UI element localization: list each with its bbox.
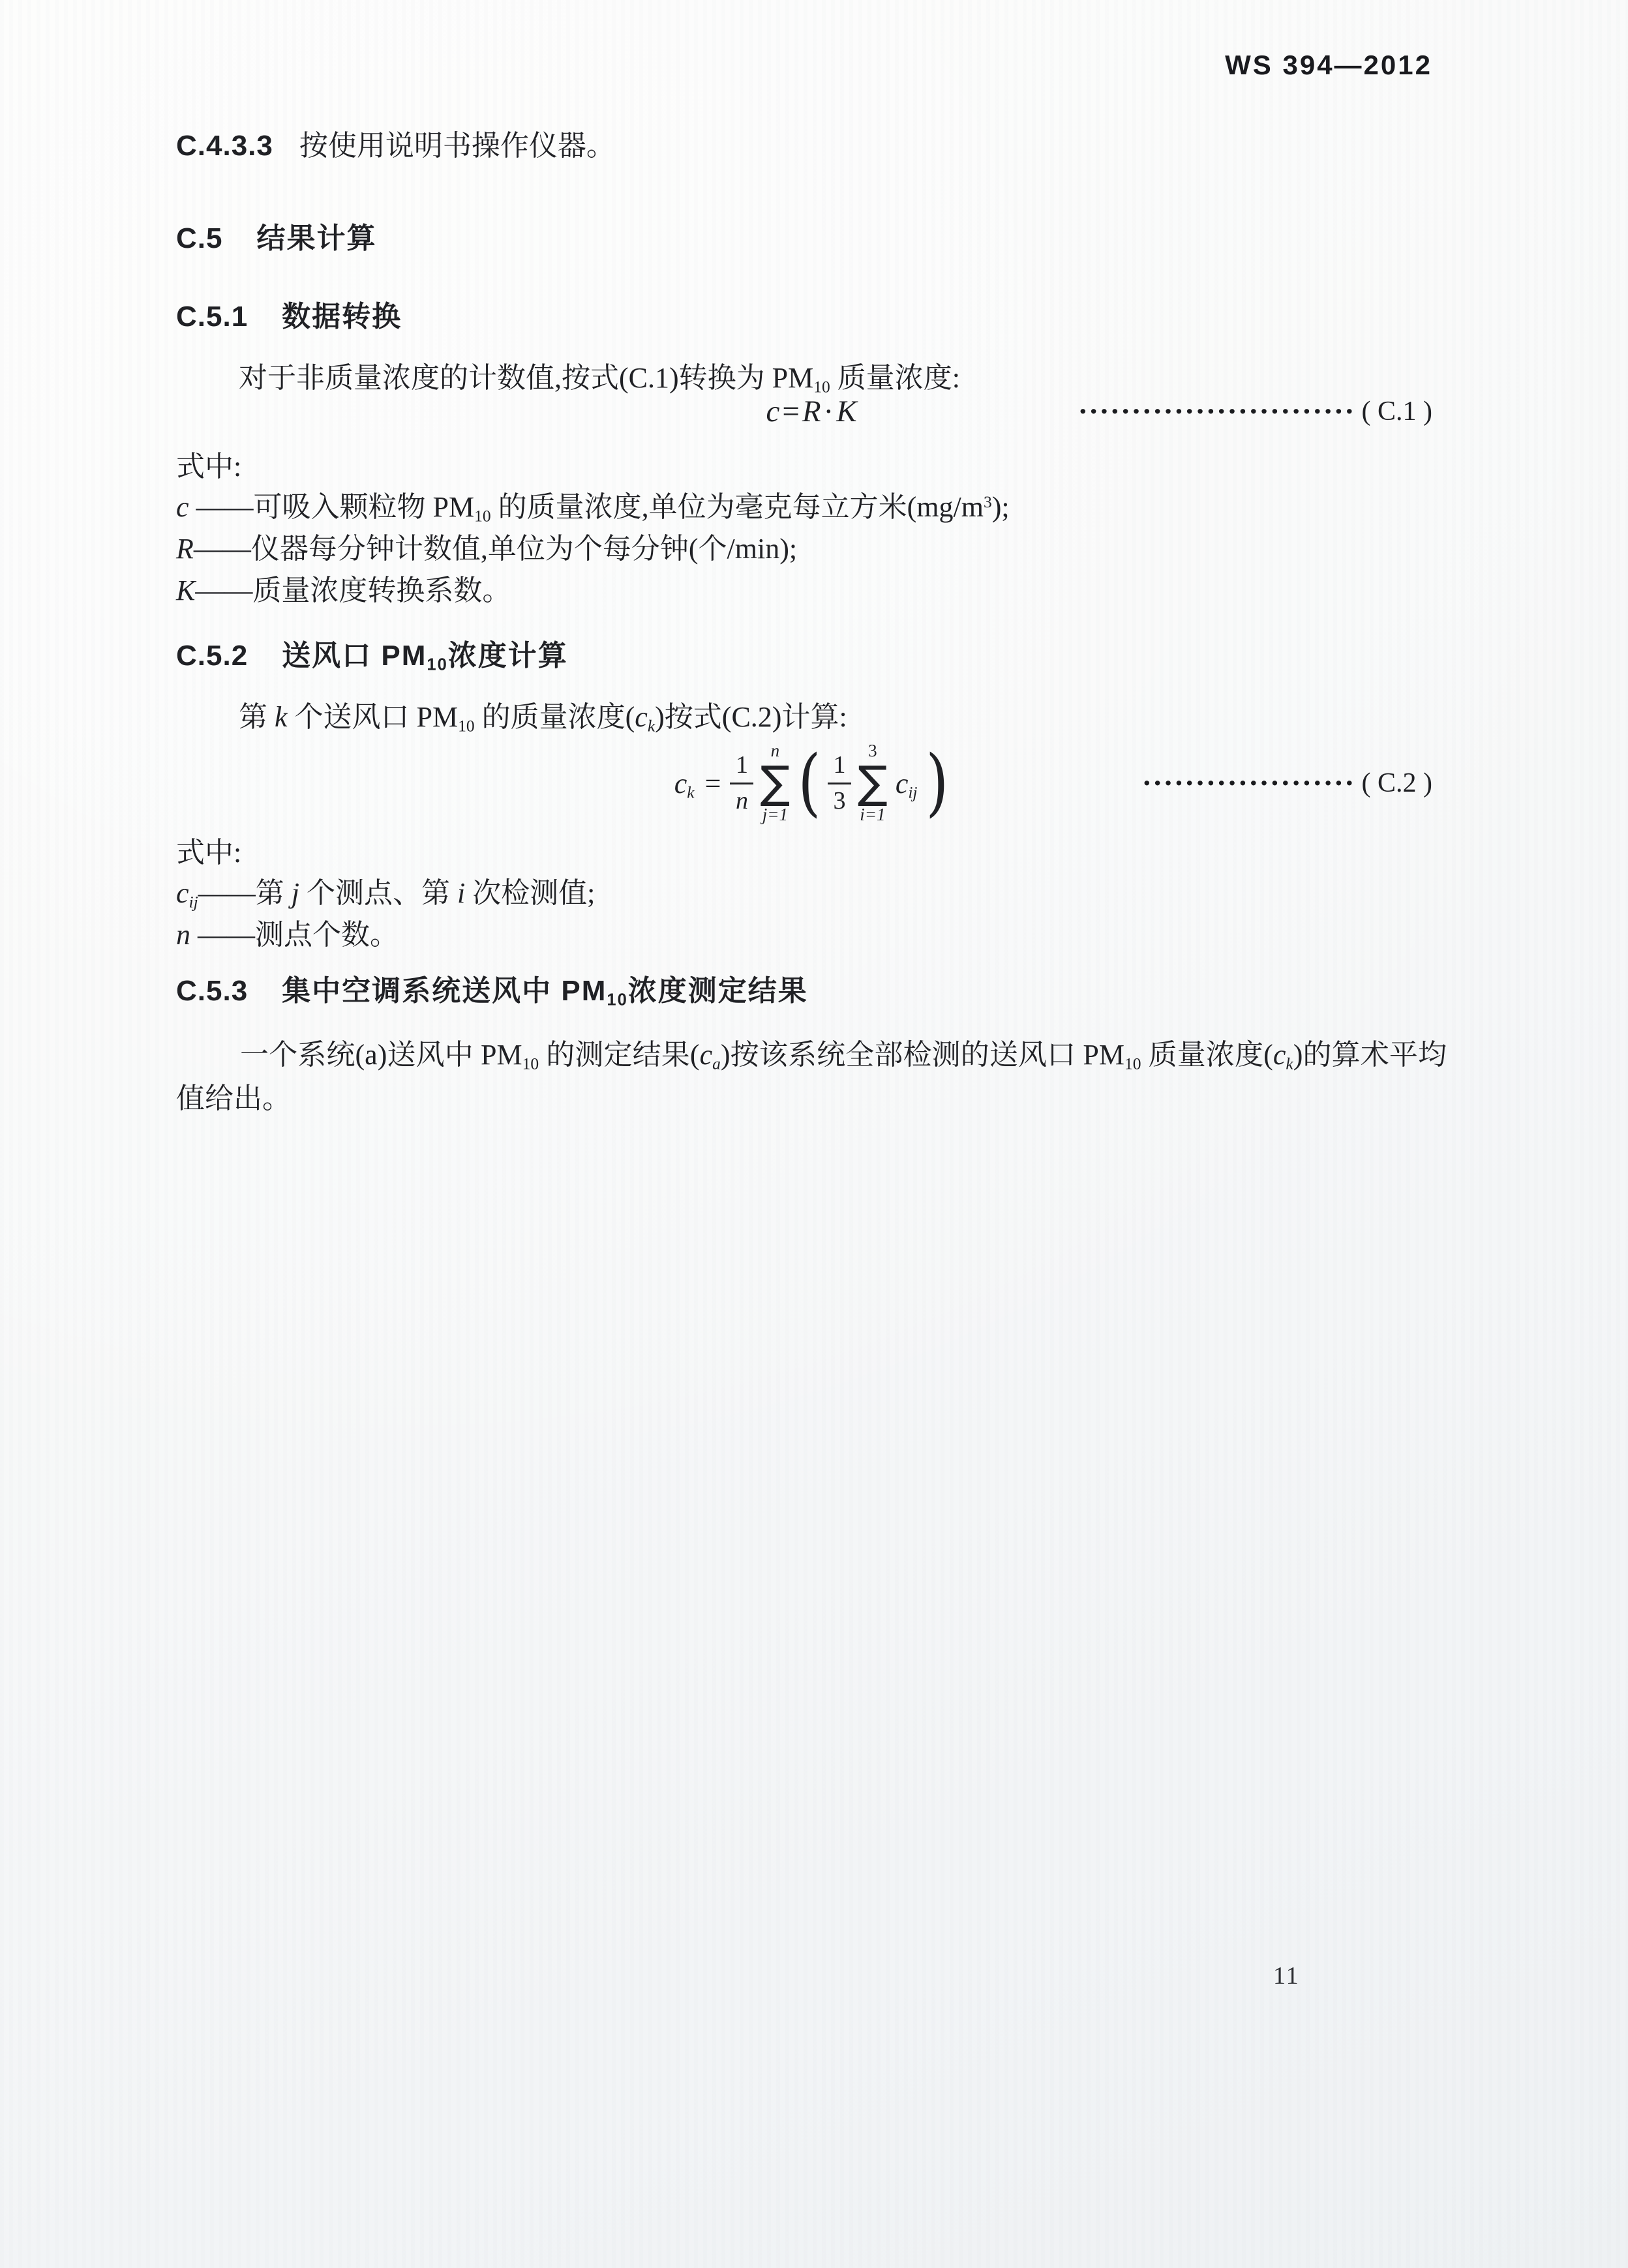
- c53-paragraph: 一个系统(a)送风中 PM10 的测定结果(ca)按该系统全部检测的送风口 PM…: [176, 1033, 1447, 1120]
- formula-c2-annotation: ···················· ( C.2 ): [1142, 768, 1432, 799]
- heading-c5-number: C.5: [176, 222, 222, 254]
- c52-def-cij: cij——第 j 个测点、第 i 次检测值;: [176, 876, 1447, 911]
- dot-leader: ··························: [1078, 396, 1355, 426]
- heading-c53-number: C.5.3: [176, 975, 248, 1007]
- c51-def-k: K——质量浓度转换系数。: [176, 574, 1447, 608]
- c51-def-r: R——仪器每分钟计数值,单位为个每分钟(个/min);: [176, 532, 1447, 567]
- dot-leader: ····················: [1142, 768, 1355, 798]
- sum-over-i: 3 ∑ i=1: [858, 741, 888, 825]
- heading-c52: C.5.2送风口 PM10浓度计算: [176, 639, 1447, 674]
- heading-c52-title: 送风口 PM10浓度计算: [282, 640, 568, 672]
- sigma-icon: ∑: [858, 762, 888, 805]
- formula-c1-annotation: ·························· ( C.1 ): [1078, 396, 1432, 427]
- clause-c433-number: C.4.3.3: [176, 130, 273, 162]
- fraction-bar: [828, 783, 851, 784]
- clause-c433-text: 按使用说明书操作仪器。: [299, 130, 615, 162]
- fraction-1-over-n: 1 n: [730, 753, 753, 814]
- clause-c433: C.4.3.3按使用说明书操作仪器。: [176, 129, 1447, 164]
- heading-c52-number: C.5.2: [176, 640, 248, 672]
- formula-c2: ck = 1 n n ∑ j=1 ( 1 3 3 ∑ i=1: [671, 741, 952, 825]
- formula-c2-row: ck = 1 n n ∑ j=1 ( 1 3 3 ∑ i=1: [176, 736, 1447, 831]
- left-paren: (: [798, 752, 821, 814]
- sum-over-j: n ∑ j=1: [760, 741, 790, 825]
- heading-c5-title: 结果计算: [256, 222, 376, 254]
- c52-where-label: 式中:: [176, 836, 1447, 871]
- right-paren: ): [926, 752, 948, 814]
- heading-c53-title: 集中空调系统送风中 PM10浓度测定结果: [282, 975, 808, 1007]
- document-page: WS 394—2012 C.4.3.3按使用说明书操作仪器。 C.5结果计算 C…: [0, 0, 1628, 2268]
- heading-c51-title: 数据转换: [282, 301, 402, 333]
- formula-c1-label: ( C.1 ): [1362, 396, 1433, 427]
- formula-c1: c = R · K: [763, 394, 859, 429]
- sigma-icon: ∑: [760, 762, 790, 805]
- heading-c51-number: C.5.1: [176, 301, 248, 333]
- formula-c1-row: c = R · K ·························· ( C…: [176, 390, 1447, 433]
- scan-texture: [0, 0, 1628, 2268]
- heading-c51: C.5.1数据转换: [176, 300, 1447, 335]
- c51-where-label: 式中:: [176, 450, 1447, 485]
- eq2-term-cij: cij: [896, 767, 918, 800]
- equals-sign: =: [705, 767, 721, 800]
- heading-c53: C.5.3集中空调系统送风中 PM10浓度测定结果: [176, 974, 1447, 1009]
- fraction-bar: [730, 783, 753, 784]
- heading-c5: C.5结果计算: [176, 222, 1447, 256]
- formula-c2-label: ( C.2 ): [1362, 768, 1433, 799]
- eq2-lhs: ck: [674, 767, 695, 800]
- page-number: 11: [1273, 1962, 1300, 1990]
- doc-code: WS 394—2012: [1225, 50, 1432, 81]
- c52-def-n: n ——测点个数。: [176, 918, 1447, 953]
- c52-intro: 第 k 个送风口 PM10 的质量浓度(ck)按式(C.2)计算:: [239, 700, 1447, 735]
- c51-def-c: c ——可吸入颗粒物 PM10 的质量浓度,单位为毫克每立方米(mg/m3);: [176, 490, 1447, 525]
- fraction-1-over-3: 1 3: [828, 753, 851, 814]
